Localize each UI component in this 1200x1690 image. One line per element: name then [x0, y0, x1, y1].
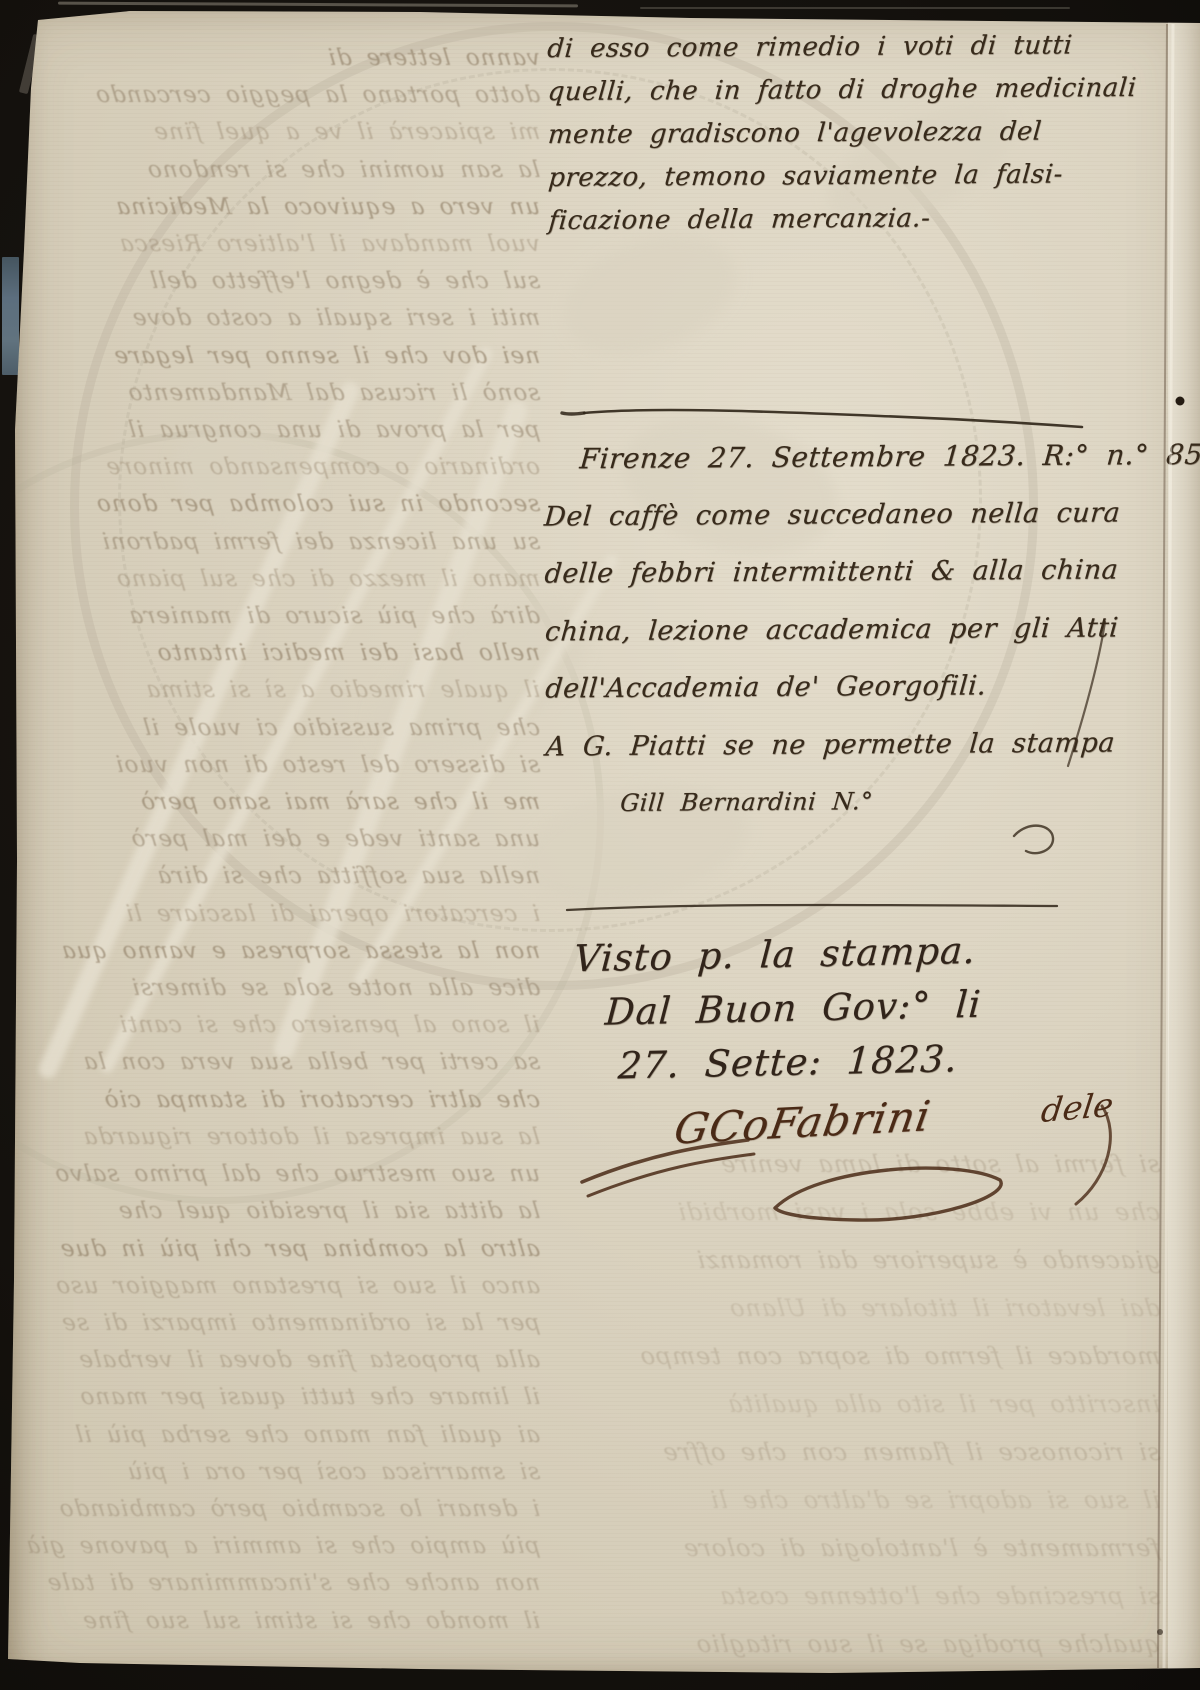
handwritten-line: quelli, che in fatto di droghe medicinal… — [546, 67, 1138, 114]
sheet-edge-line — [640, 7, 1070, 9]
registration-block: Firenze 27. Settembre 1823. R:° n.° 8574… — [544, 426, 1200, 833]
showthrough-line: altro la combina per chi più in due — [16, 1231, 542, 1268]
handwritten-line: 27. Sette: 1823. — [616, 1032, 984, 1094]
showthrough-line: qualche prodiga se il suo ritaglio — [592, 1620, 1162, 1668]
showthrough-line: la ditta sia il presidio quel che — [16, 1193, 542, 1230]
showthrough-line: mi spiacerà il ve a quel fine — [16, 114, 542, 151]
showthrough-line: sonò li ricusa dal Mandamento — [16, 375, 542, 412]
showthrough-line: sul che è degno l'effetto dell — [16, 263, 542, 300]
showthrough-line: un vero a equivoco la Medicina — [16, 189, 542, 226]
showthrough-line: ai quali fan mano che serba più il — [16, 1417, 542, 1454]
showthrough-line: dirà che più sicuro di maniera — [16, 598, 542, 635]
showthrough-line: i denari lo scambio però cambiando — [16, 1491, 542, 1528]
showthrough-line: miti i seri squali a costo dove — [16, 300, 542, 337]
censor-signature-suffix: dele — [1039, 1085, 1116, 1130]
showthrough-line: il quale rimedio a sì si stima — [16, 672, 542, 709]
showthrough-line: si riconosce il flamen con che offre — [592, 1428, 1162, 1476]
showthrough-line: un suo mestruo che dal primo salvo — [16, 1156, 542, 1193]
handwritten-line: A G. Piatti se ne permette la stampa — [543, 713, 1200, 775]
handwritten-line: prezzo, temono saviamente la falsi- — [547, 153, 1139, 200]
showthrough-line: nella sua soffitta che si dirà — [16, 858, 542, 895]
page-fold-strip — [1168, 0, 1200, 1690]
showthrough-line: per la prova di una congrua il — [16, 412, 542, 449]
showthrough-line: il limare che tutti quasi per mano — [16, 1379, 542, 1416]
showthrough-line: si prescinde che l'ottenne costa — [592, 1572, 1162, 1620]
showthrough-text-bottom-right: si fermi al sotto di lama venireche un v… — [595, 1140, 1160, 1668]
showthrough-line: fermamente è l'antologia di colore — [592, 1524, 1162, 1572]
handwritten-line: Dal Buon Gov:° li — [603, 978, 983, 1040]
showthrough-line: mano il mezzo di che sul piano — [16, 561, 542, 598]
handwritten-line: Visto p. la stampa. — [572, 924, 982, 987]
handwritten-line: di esso come rimedio i voti di tutti — [546, 24, 1138, 71]
handwritten-line: dell'Accademia de' Georgofili. — [543, 656, 1200, 718]
showthrough-line: che prima sussidio ci vuole il — [16, 710, 542, 747]
showthrough-line: si dissero del resto di non vuoi — [16, 747, 542, 784]
visto-approval-block: Visto p. la stampa.Dal Buon Gov:° li27. … — [573, 924, 983, 1094]
showthrough-line: i cercatori operai di lasciare li — [16, 896, 542, 933]
showthrough-line: non anche che s'incamminare di tale — [16, 1565, 542, 1602]
handwritten-line: mente gradiscono l'agevolezza del — [546, 110, 1138, 157]
showthrough-line: secondo in sui colomba per dono — [16, 486, 542, 523]
archive-tab — [2, 257, 19, 375]
handwritten-line: Firenze 27. Settembre 1823. R:° n.° 8574… — [577, 426, 1200, 488]
showthrough-line: alla proposta fine dovea il verbale — [16, 1342, 542, 1379]
showthrough-line: mordace il fermo di sopra con tempo — [592, 1332, 1162, 1380]
showthrough-line: il mondo che si stimi sul suo fine — [16, 1603, 542, 1640]
showthrough-line: la san uomini che si rendono — [16, 152, 542, 189]
showthrough-line: dotto portano la peggio cercando — [16, 77, 542, 114]
showthrough-line: si smarrisca così per ora i più — [16, 1454, 542, 1491]
showthrough-line: il suo si adopri se d'altro che li — [592, 1476, 1162, 1524]
showthrough-line: inscritto per il sito alla qualità — [592, 1380, 1162, 1428]
showthrough-line: me il che sarà mai sano però — [16, 784, 542, 821]
showthrough-line: la sua impresa il dottore riguarda — [16, 1119, 542, 1156]
showthrough-line: nello basi dei medici intanto — [16, 635, 542, 672]
handwritten-line: Gill Bernardini N.° — [618, 771, 1200, 833]
showthrough-line: per la si ordinamento imparzi di se — [16, 1305, 542, 1342]
showthrough-line: anco il suo si prestano maggior uso — [16, 1268, 542, 1305]
showthrough-line: vanno lettere di — [16, 40, 542, 77]
showthrough-line: sa certi per bella sua vera con la — [16, 1044, 542, 1081]
showthrough-line: dai levatori il titolare di Ulano — [592, 1284, 1162, 1332]
handwritten-line: china, lezione accademica per gli Atti — [543, 598, 1200, 660]
handwritten-line: delle febbri intermittenti & alla china — [542, 541, 1200, 603]
note-continuation-block: di esso come rimedio i voti di tuttiquel… — [547, 24, 1137, 243]
showthrough-line: che altri cercatori di stampa ciò — [16, 1082, 542, 1119]
handwritten-line: ficazione della mercanzia.- — [547, 196, 1139, 243]
showthrough-line: non la stessa sorpresa e vanno qua — [16, 933, 542, 970]
showthrough-line: ordinario o compensando minore — [16, 449, 542, 486]
showthrough-line: il sono al pensiero che si canti — [16, 1007, 542, 1044]
handwritten-line: Del caffè come succedaneo nella cura — [542, 483, 1200, 545]
sheet-edge-line — [58, 2, 578, 8]
showthrough-line: su una licenza dei fermi padroni — [16, 524, 542, 561]
showthrough-line: nei dov che il senno per legare — [16, 338, 542, 375]
showthrough-text-left: vanno lettere didotto portano la peggio … — [18, 40, 540, 1640]
showthrough-line: una santi vede e dei mal però — [16, 821, 542, 858]
showthrough-line: dice alla notte sola se dimersi — [16, 970, 542, 1007]
manuscript-paper: vanno lettere didotto portano la peggio … — [0, 0, 1200, 1690]
showthrough-line: che un vi ebbe sola i vasi morbidi — [592, 1188, 1162, 1236]
scanned-manuscript-page: vanno lettere didotto portano la peggio … — [0, 0, 1200, 1690]
showthrough-line: giacendo è superiore dai romanzi — [592, 1236, 1162, 1284]
showthrough-line: più ampio che si ammiri a pavone già — [16, 1528, 542, 1565]
showthrough-line: vuol mandava il l'altiero Riesca — [16, 226, 542, 263]
